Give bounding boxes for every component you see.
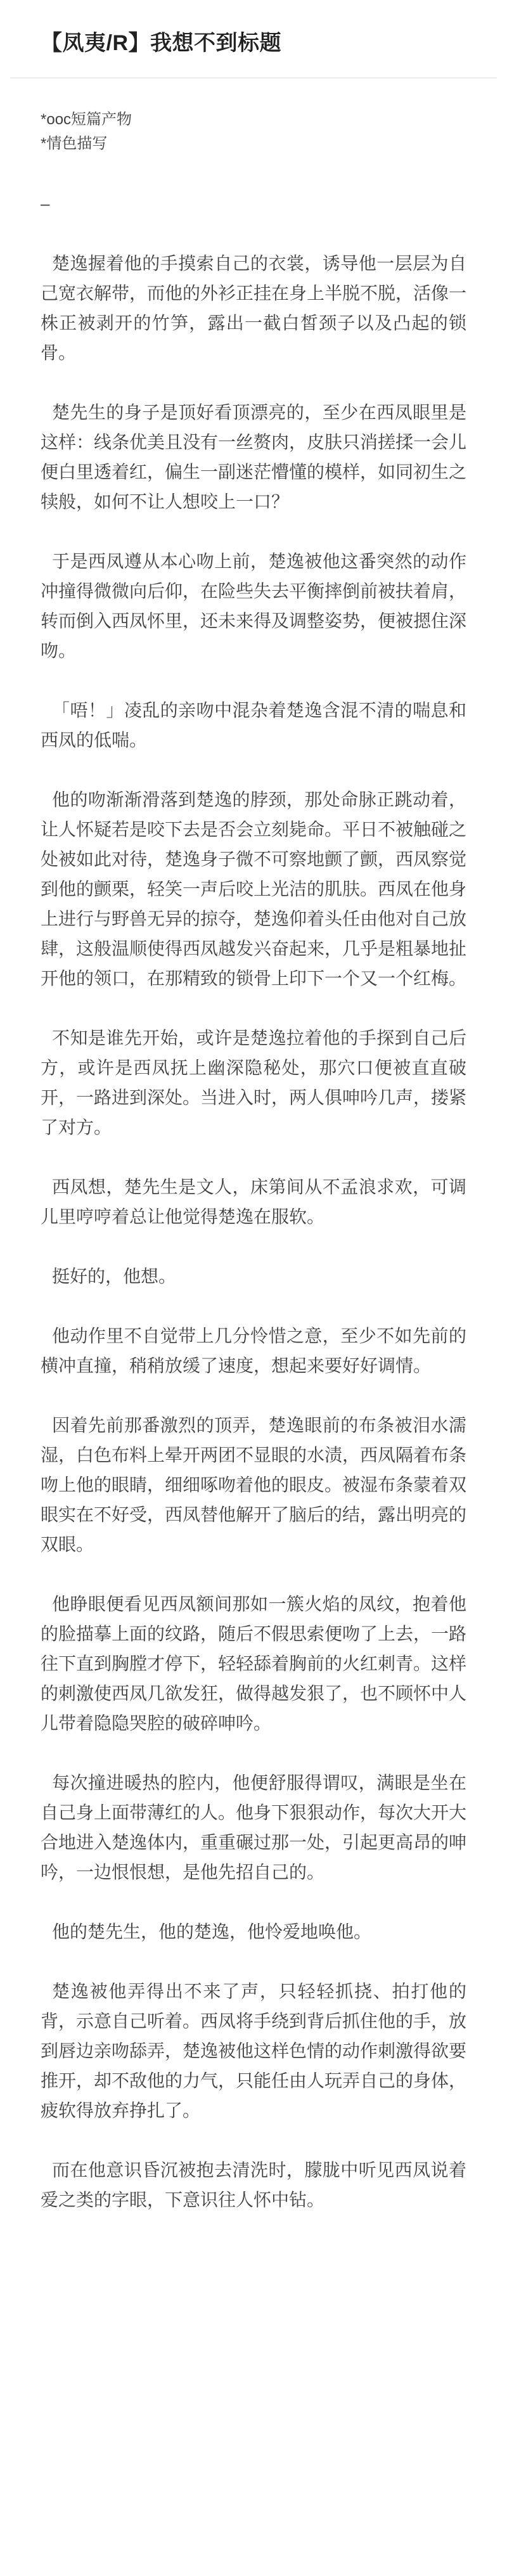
story-paragraph: 于是西凤遵从本心吻上前，楚逸被他这番突然的动作冲撞得微微向后仰，在险些失去平衡摔… [41, 546, 466, 666]
tag-line: *ooc短篇产物 [41, 108, 466, 132]
title-divider [10, 77, 497, 79]
page-title: 【凤夷/R】我想不到标题 [10, 28, 497, 58]
story-paragraph: 楚逸握着他的手摸索自己的衣裳，诱导他一层层为自己宽衣解带，而他的外衫正挂在身上半… [41, 248, 466, 368]
post-card: 【凤夷/R】我想不到标题 *ooc短篇产物*情色描写 – 楚逸握着他的手摸索自己… [0, 0, 507, 2215]
story-paragraph: 不知是谁先开始，或许是楚逸拉着他的手探到自己后方，或许是西凤抚上幽深隐秘处，那穴… [41, 1023, 466, 1142]
story-paragraph: 挺好的，他想。 [41, 1261, 466, 1291]
story-body: 楚逸握着他的手摸索自己的衣裳，诱导他一层层为自己宽衣解带，而他的外衫正挂在身上半… [41, 248, 466, 2215]
tag-list: *ooc短篇产物*情色描写 [41, 108, 466, 156]
story-paragraph: 楚先生的身子是顶好看顶漂亮的，至少在西凤眼里是这样：线条优美且没有一丝赘肉，皮肤… [41, 397, 466, 517]
story-paragraph: 楚逸被他弄得出不来了声，只轻轻抓挠、拍打他的背，示意自己听着。西凤将手绕到背后抓… [41, 1976, 466, 2125]
story-paragraph: 而在他意识昏沉被抱去清洗时，朦胧中听见西凤说着爱之类的字眼，下意识往人怀中钻。 [41, 2155, 466, 2215]
story-paragraph: 他的楚先生，他的楚逸，他怜爱地唤他。 [41, 1917, 466, 1947]
dash-separator: – [41, 189, 466, 219]
story-paragraph: 他睁眼便看见西凤额间那如一簇火焰的凤纹，抱着他的脸描摹上面的纹路，随后不假思索便… [41, 1589, 466, 1738]
story-paragraph: 他的吻渐渐滑落到楚逸的脖颈，那处命脉正跳动着，让人怀疑若是咬下去是否会立刻毙命。… [41, 785, 466, 993]
story-paragraph: 每次撞进暖热的腔内，他便舒服得谓叹，满眼是坐在自己身上面带薄红的人。他身下狠狠动… [41, 1768, 466, 1887]
tag-line: *情色描写 [41, 132, 466, 156]
story-paragraph: 因着先前那番激烈的顶弄，楚逸眼前的布条被泪水濡湿，白色布料上晕开两团不显眼的水渍… [41, 1410, 466, 1559]
story-paragraph: 西凤想，楚先生是文人，床第间从不孟浪求欢，可调儿里哼哼着总让他觉得楚逸在服软。 [41, 1172, 466, 1232]
story-paragraph: 「唔！」凌乱的亲吻中混杂着楚逸含混不清的喘息和西凤的低喘。 [41, 695, 466, 755]
story-paragraph: 他动作里不自觉带上几分怜惜之意，至少不如先前的横冲直撞，稍稍放缓了速度，想起来要… [41, 1321, 466, 1381]
post-content: *ooc短篇产物*情色描写 – 楚逸握着他的手摸索自己的衣裳，诱导他一层层为自己… [10, 108, 497, 2215]
